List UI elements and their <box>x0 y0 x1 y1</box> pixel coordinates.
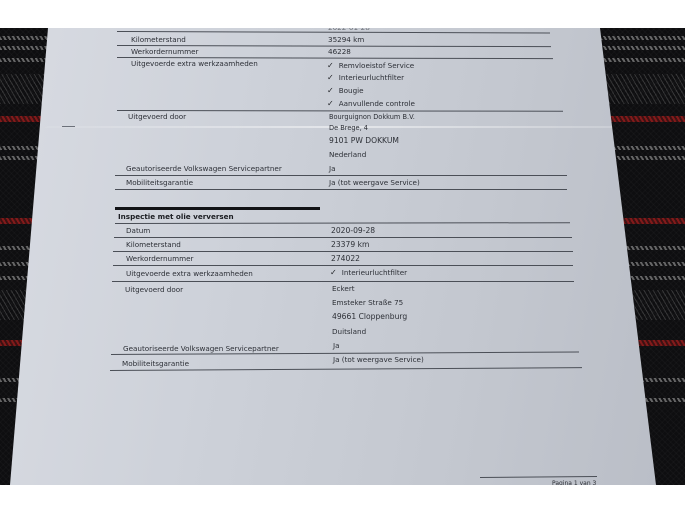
oil-workorder-label: Werkordernummer <box>126 254 194 263</box>
check-icon: ✓ <box>327 86 334 95</box>
oil-dealer-name: Eckert <box>332 284 355 293</box>
check-icon: ✓ <box>327 73 334 82</box>
oil-authorized-label: Geautoriseerde Volkswagen Servicepartner <box>123 344 279 353</box>
oil-mobility-label: Mobiliteitsgarantie <box>122 359 189 368</box>
prev-mobility-label: Mobiliteitsgarantie <box>126 178 193 187</box>
prev-extra-item: ✓Aanvullende controle <box>327 99 415 108</box>
row-divider <box>113 265 573 266</box>
prev-extra-item: ✓Bougie <box>327 86 364 95</box>
photo-background: 2022-01-28 Kilometerstand 35294 km Werko… <box>0 28 685 485</box>
row-divider <box>115 189 567 190</box>
prev-dealer-postcode: 9101 PW DOKKUM <box>329 136 399 145</box>
section-title: Inspectie met olie verversen <box>118 212 234 221</box>
oil-authorized-value: Ja <box>333 341 340 350</box>
prev-performed-by-label: Uitgevoerd door <box>128 112 186 121</box>
prev-km-value: 35294 km <box>328 35 364 44</box>
prev-dealer-country: Nederland <box>329 150 366 159</box>
check-icon: ✓ <box>327 99 334 108</box>
oil-dealer-country: Duitsland <box>332 327 366 336</box>
oil-extra-item: ✓Interieurluchtfilter <box>330 268 407 277</box>
oil-extra-work-label: Uitgevoerde extra werkzaamheden <box>126 269 253 278</box>
oil-workorder-value: 274022 <box>331 254 360 263</box>
oil-performed-by-label: Uitgevoerd door <box>125 285 183 294</box>
prev-workorder-value: 46228 <box>328 47 351 56</box>
prev-extra-item: ✓Interieurluchtfilter <box>327 73 404 82</box>
prev-km-label: Kilometerstand <box>131 35 186 44</box>
row-divider <box>117 31 550 34</box>
prev-authorized-value: Ja <box>329 164 336 173</box>
oil-dealer-city: 49661 Cloppenburg <box>332 312 407 321</box>
oil-dealer-street: Emsteker Straße 75 <box>332 298 403 307</box>
row-divider <box>115 175 567 176</box>
footer-divider <box>480 476 597 478</box>
oil-date-label: Datum <box>126 226 150 235</box>
check-icon: ✓ <box>327 61 334 70</box>
prev-authorized-label: Geautoriseerde Volkswagen Servicepartner <box>126 164 282 173</box>
section-header-bar <box>115 207 320 210</box>
oil-km-label: Kilometerstand <box>126 240 181 249</box>
prev-dealer-name: Bourguignon Dokkum B.V. <box>329 113 415 121</box>
oil-km-value: 23379 km <box>331 240 369 249</box>
row-divider <box>113 251 573 252</box>
row-divider <box>114 237 572 238</box>
oil-mobility-value: Ja (tot weergave Service) <box>333 355 424 364</box>
row-divider <box>112 281 574 282</box>
prev-dealer-street: De Brege, 4 <box>329 124 368 132</box>
oil-date-value: 2020-09-28 <box>331 226 375 235</box>
prev-mobility-value: Ja (tot weergave Service) <box>329 178 420 187</box>
prev-extra-item: ✓Remvloeistof Service <box>327 61 414 70</box>
service-history-document: 2022-01-28 Kilometerstand 35294 km Werko… <box>0 28 685 485</box>
row-divider <box>115 222 570 224</box>
prev-extra-work-label: Uitgevoerde extra werkzaamheden <box>131 59 258 68</box>
page-number: Pagina 1 van 3 <box>552 480 596 485</box>
prev-workorder-label: Werkordernummer <box>131 47 199 56</box>
check-icon: ✓ <box>330 268 337 277</box>
